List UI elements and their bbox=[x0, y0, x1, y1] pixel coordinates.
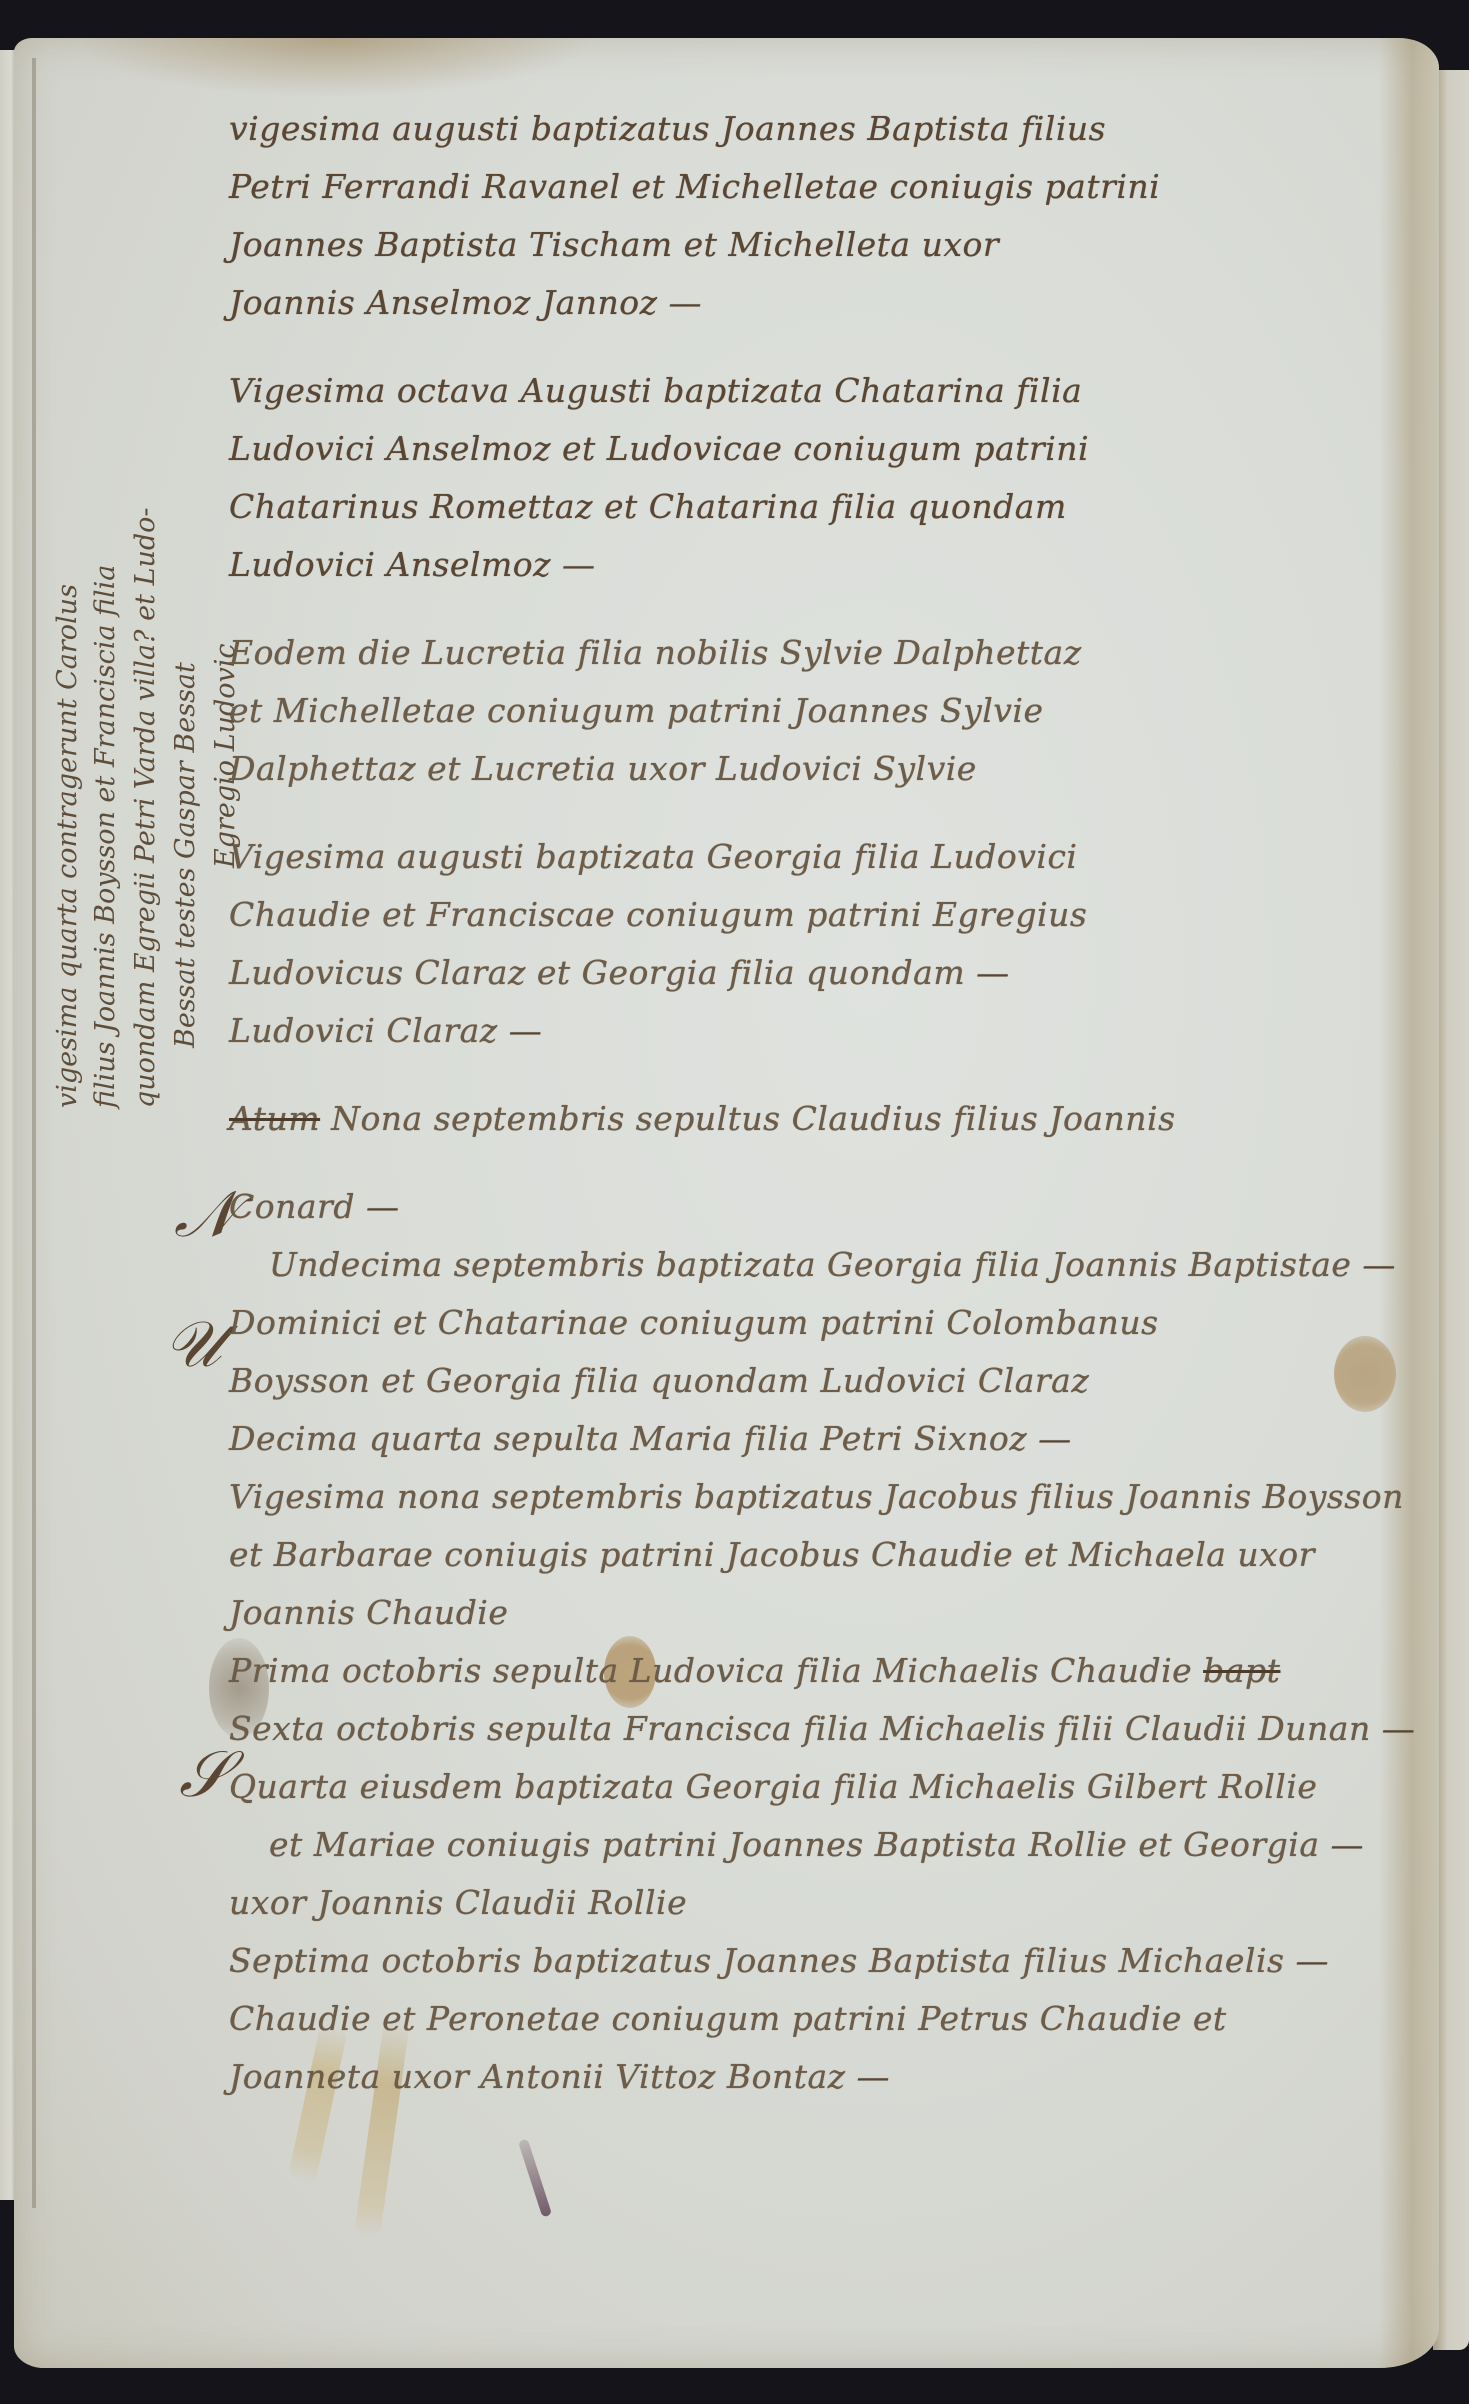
entry-line: et Mariae coniugis patrini Joannes Bapti… bbox=[229, 1816, 1409, 1874]
entry-line: Chaudie et Franciscae coniugum patrini E… bbox=[229, 886, 1409, 944]
entry-line: Vigesima nona septembris baptizatus Jaco… bbox=[229, 1468, 1409, 1526]
entry-line: Dominici et Chatarinae coniugum patrini … bbox=[229, 1294, 1409, 1352]
register-page: vigesima quarta contragerunt Carolus fil… bbox=[14, 38, 1439, 2368]
entry-line: Prima octobris sepulta Ludovica filia Mi… bbox=[229, 1642, 1409, 1700]
initial-flourish: 𝒰 bbox=[164, 1308, 222, 1382]
entry-baptism: Vigesima octava Augusti baptizata Chatar… bbox=[229, 362, 1409, 594]
entry-line: Boysson et Georgia filia quondam Ludovic… bbox=[229, 1352, 1409, 1410]
entry-baptism: Septima octobris baptizatus Joannes Bapt… bbox=[229, 1932, 1409, 2106]
ink-drip bbox=[518, 2138, 552, 2217]
entry-line: Ludovici Anselmoz bbox=[229, 536, 1409, 594]
entry-line: Eodem die Lucretia filia nobilis Sylvie … bbox=[229, 624, 1409, 682]
entry-baptism: Vigesima augusti baptizata Georgia filia… bbox=[229, 828, 1409, 1060]
entry-line: et Michelletae coniugum patrini Joannes … bbox=[229, 682, 1409, 740]
entry-line: Decima quarta sepulta Maria filia Petri … bbox=[229, 1410, 1409, 1468]
entry-line: Chatarinus Romettaz et Chatarina filia q… bbox=[229, 478, 1409, 536]
entry-baptism: vigesima augusti baptizatus Joannes Bapt… bbox=[229, 100, 1409, 332]
entry-burial: Prima octobris sepulta Ludovica filia Mi… bbox=[229, 1642, 1409, 1700]
entry-baptism: Undecima septembris baptizata Georgia fi… bbox=[229, 1236, 1409, 1410]
entry-line: Quarta eiusdem baptizata Georgia filia M… bbox=[229, 1758, 1409, 1816]
binding-gutter bbox=[32, 58, 36, 2208]
entry-line: Ludovici Claraz bbox=[229, 1002, 1409, 1060]
entry-line: Vigesima octava Augusti baptizata Chatar… bbox=[229, 362, 1409, 420]
initial-flourish: 𝒩 bbox=[174, 1178, 235, 1252]
entry-baptism: Vigesima nona septembris baptizatus Jaco… bbox=[229, 1468, 1409, 1642]
entry-baptism: Eodem die Lucretia filia nobilis Sylvie … bbox=[229, 624, 1409, 798]
margin-notes: vigesima quarta contragerunt Carolus fil… bbox=[42, 98, 222, 1098]
entry-line: vigesima augusti baptizatus Joannes Bapt… bbox=[229, 100, 1409, 158]
entry-line: Undecima septembris baptizata Georgia fi… bbox=[229, 1236, 1409, 1294]
entry-line: Chaudie et Peronetae coniugum patrini Pe… bbox=[229, 1990, 1409, 2048]
entry-line: Ludovicus Claraz et Georgia filia quonda… bbox=[229, 944, 1409, 1002]
initial-flourish: 𝒮 bbox=[179, 1738, 229, 1812]
entry-line: uxor Joannis Claudii Rollie bbox=[229, 1874, 1409, 1932]
entry-baptism: Quarta eiusdem baptizata Georgia filia M… bbox=[229, 1758, 1409, 1932]
margin-note-line: filius Joannis Boysson et Franciscia fil… bbox=[90, 565, 121, 1108]
margin-note-line: quondam Egregii Petri Varda villa? et Lu… bbox=[130, 508, 161, 1109]
entry-line: Atum Nona septembris sepultus Claudius f… bbox=[229, 1090, 1409, 1148]
margin-note-line: Bessat testes Gaspar Bessat bbox=[170, 662, 201, 1048]
entry-burial: Sexta octobris sepulta Francisca filia M… bbox=[229, 1700, 1409, 1758]
entry-line: Joannes Baptista Tischam et Michelleta u… bbox=[229, 216, 1409, 274]
entry-line: Septima octobris baptizatus Joannes Bapt… bbox=[229, 1932, 1409, 1990]
entry-line: et Barbarae coniugis patrini Jacobus Cha… bbox=[229, 1526, 1409, 1584]
document-photo: vigesima quarta contragerunt Carolus fil… bbox=[0, 0, 1469, 2404]
entry-line: Vigesima augusti baptizata Georgia filia… bbox=[229, 828, 1409, 886]
entry-line: Sexta octobris sepulta Francisca filia M… bbox=[229, 1700, 1409, 1758]
entry-line: Joanneta uxor Antonii Vittoz Bontaz bbox=[229, 2048, 1409, 2106]
entry-line: Petri Ferrandi Ravanel et Michelletae co… bbox=[229, 158, 1409, 216]
register-entries: vigesima augusti baptizatus Joannes Bapt… bbox=[229, 100, 1409, 2106]
struck-word: Atum bbox=[229, 1099, 320, 1138]
entry-burial: Atum Nona septembris sepultus Claudius f… bbox=[229, 1090, 1409, 1236]
top-edge-stain bbox=[74, 38, 594, 98]
entry-burial: Decima quarta sepulta Maria filia Petri … bbox=[229, 1410, 1409, 1468]
entry-line: Joannis Anselmoz Jannoz bbox=[229, 274, 1409, 332]
entry-line: Joannis Chaudie bbox=[229, 1584, 1409, 1642]
entry-line: Conard bbox=[229, 1178, 1409, 1236]
entry-line: Ludovici Anselmoz et Ludovicae coniugum … bbox=[229, 420, 1409, 478]
struck-word: bapt bbox=[1203, 1651, 1280, 1690]
entry-line: Dalphettaz et Lucretia uxor Ludovici Syl… bbox=[229, 740, 1409, 798]
margin-note-line: vigesima quarta contragerunt Carolus bbox=[52, 584, 83, 1108]
